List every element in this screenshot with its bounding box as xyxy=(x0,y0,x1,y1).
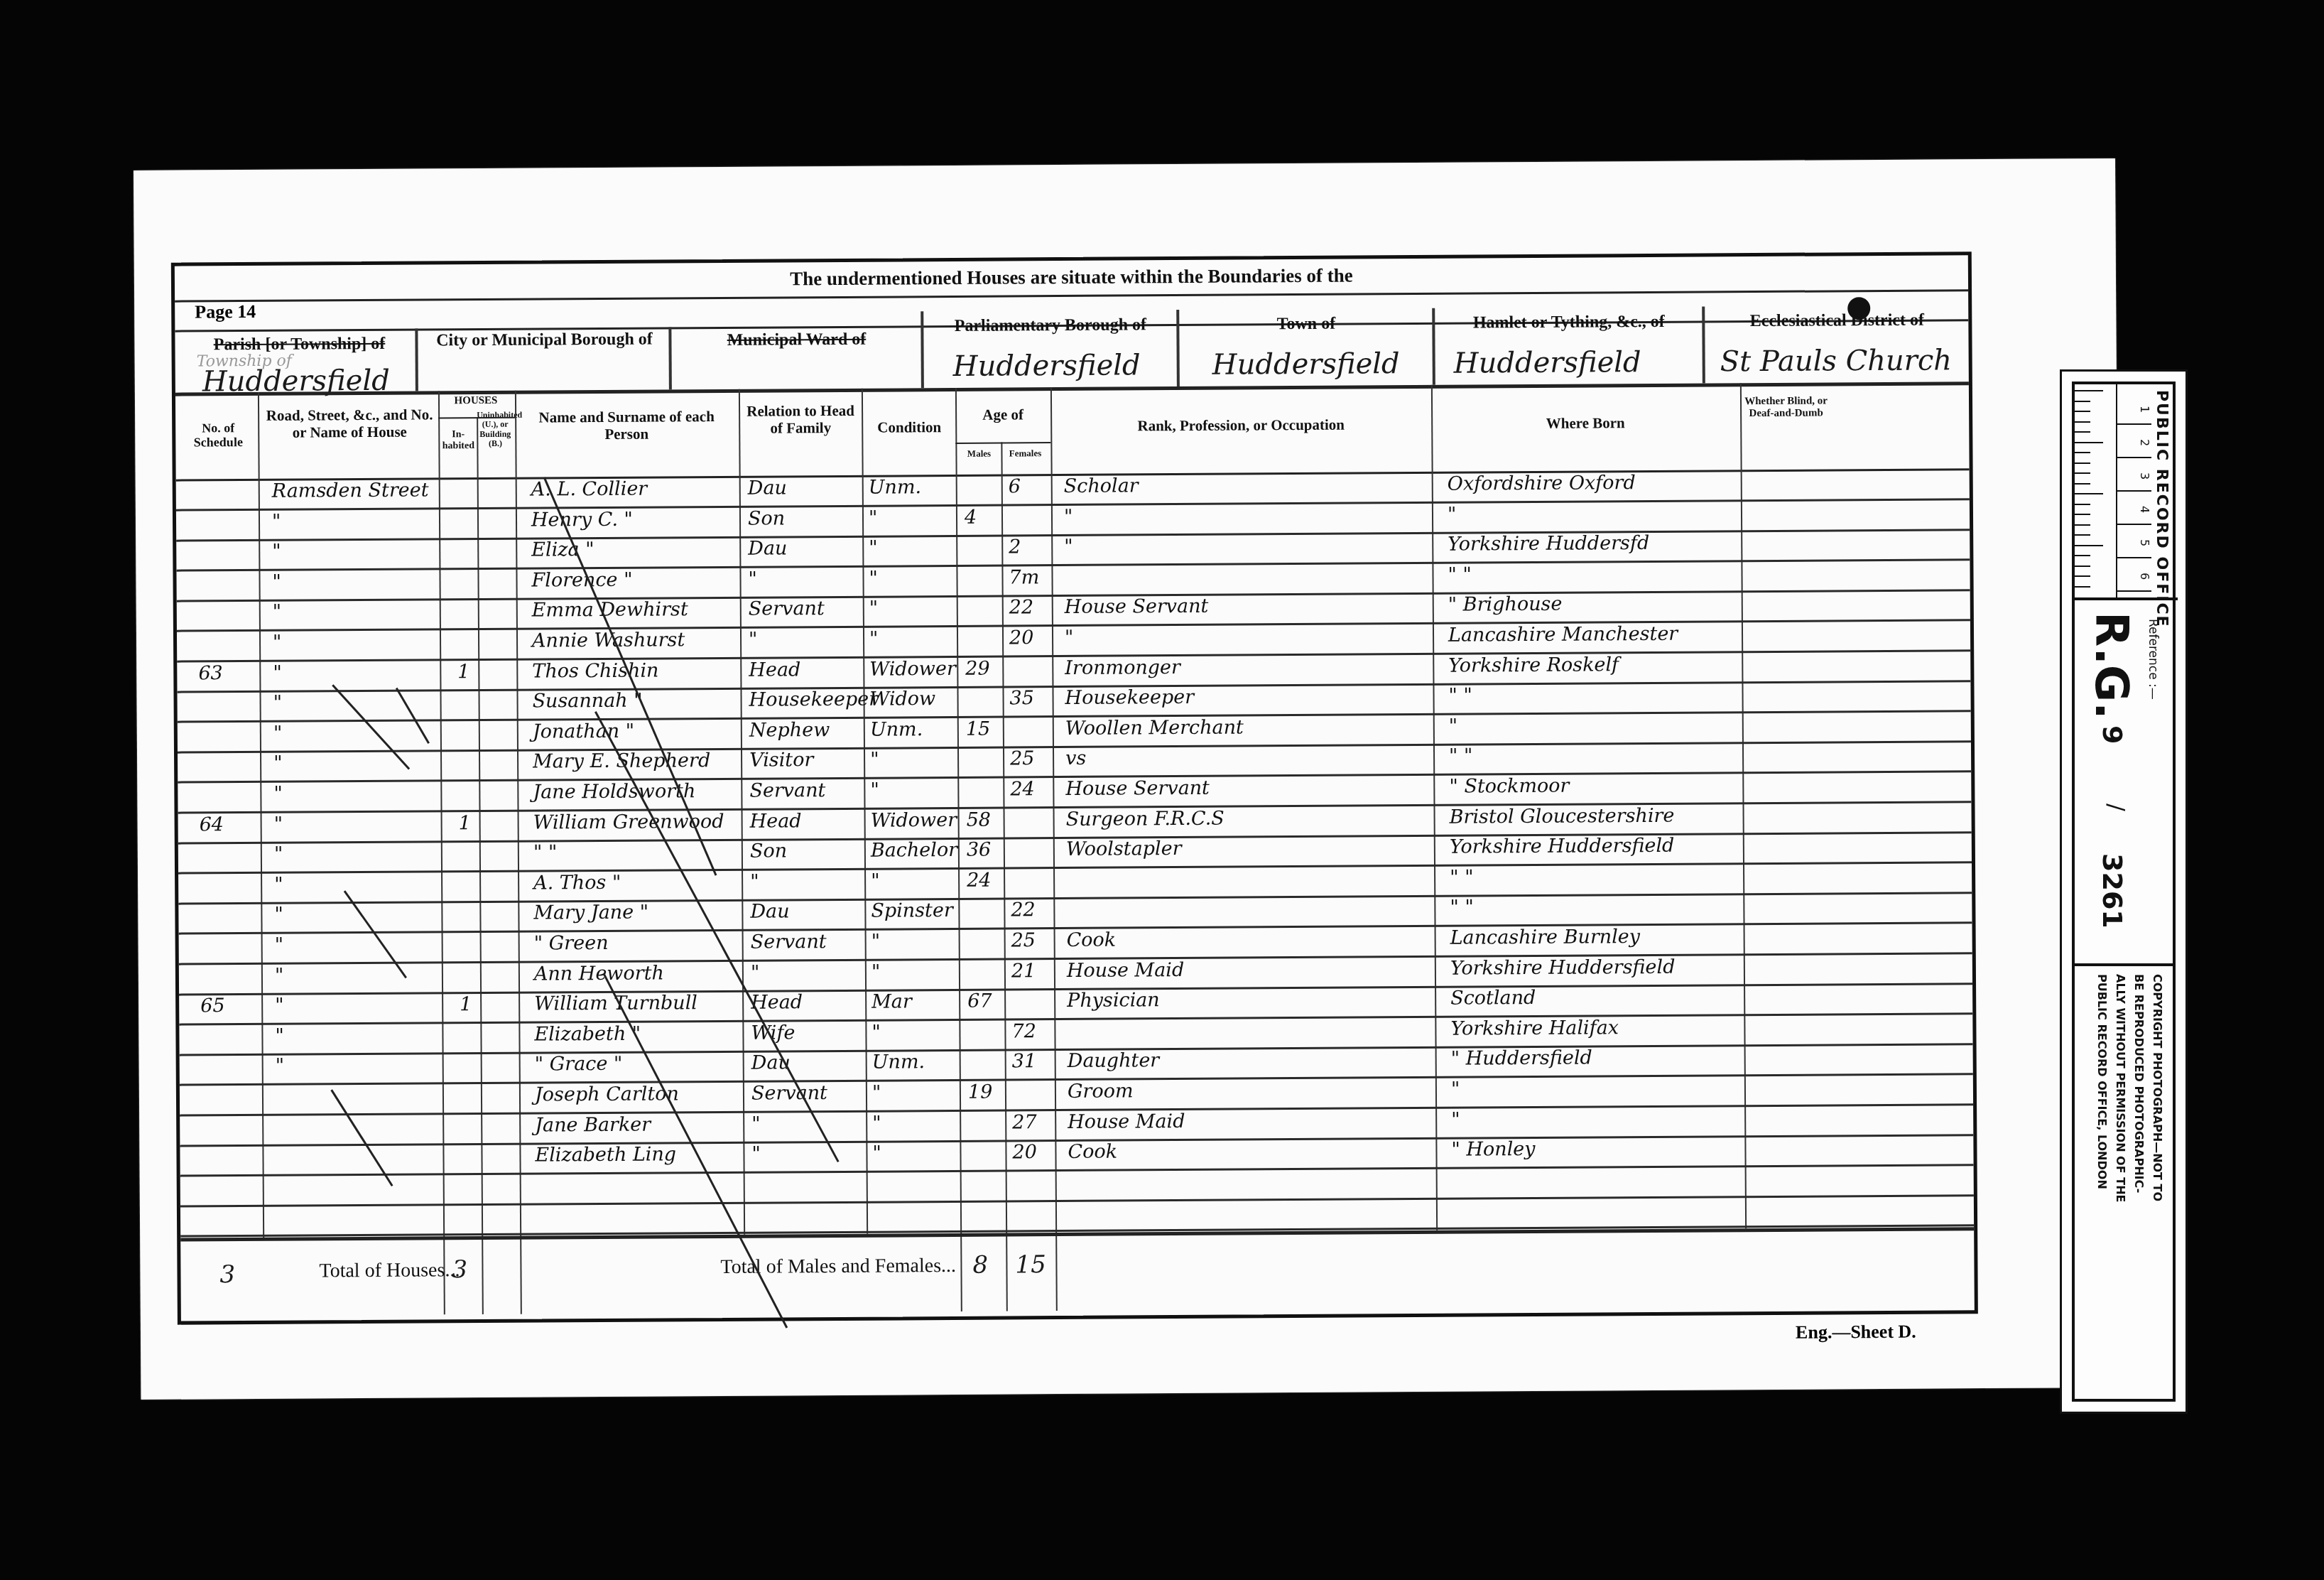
row-occupation: Cook xyxy=(1068,1141,1117,1163)
area-label-ward: Municipal Ward of xyxy=(672,330,921,350)
row-where-born: " Huddersfield xyxy=(1451,1047,1592,1070)
row-relation: Visitor xyxy=(749,750,813,772)
row-relation: " xyxy=(749,629,758,651)
row-name: Emma Dewhirst xyxy=(532,599,688,622)
total-houses-label: Total of Houses... xyxy=(319,1259,460,1282)
row-occupation: Woollen Merchant xyxy=(1065,716,1244,740)
row-name: Annie Washurst xyxy=(532,629,685,651)
scale-tick xyxy=(2075,442,2103,443)
divider xyxy=(1176,310,1180,386)
total-schedules: 3 xyxy=(219,1260,235,1289)
row-occupation: Daughter xyxy=(1068,1050,1160,1073)
row-name: " " xyxy=(533,842,558,864)
row-occupation: Groom xyxy=(1068,1080,1134,1103)
row-name: Elizabeth " xyxy=(534,1022,641,1045)
row-name: Ann Heworth xyxy=(534,962,664,985)
row-where-born: " xyxy=(1449,715,1458,737)
row-relation: " xyxy=(751,1143,761,1165)
scale-tick xyxy=(2075,493,2103,494)
row-road: " xyxy=(276,1055,285,1077)
row-female-age: 22 xyxy=(1009,597,1034,619)
row-name: " Green xyxy=(534,932,609,955)
scale-tick xyxy=(2075,504,2090,505)
row-male-age: 24 xyxy=(967,869,992,891)
row-condition: " xyxy=(870,779,879,801)
area-label-hamlet: Hamlet or Tything, &c., of xyxy=(1435,313,1702,333)
row-relation: Head xyxy=(749,659,800,681)
row-road: " xyxy=(272,571,281,593)
area-value-hamlet: Huddersfield xyxy=(1454,346,1641,380)
col-schedule: No. of Schedule xyxy=(178,421,258,450)
row-name: Joseph Carlton xyxy=(535,1083,679,1105)
row-female-age: 6 xyxy=(1009,475,1021,497)
row-occupation: Cook xyxy=(1067,929,1117,951)
divider xyxy=(2075,963,2173,966)
scale-tick xyxy=(2075,401,2090,402)
row-where-born: " Honley xyxy=(1451,1138,1535,1161)
row-name: Mary Jane " xyxy=(533,902,648,924)
row-condition: " xyxy=(869,507,878,529)
row-schedule: 64 xyxy=(200,813,224,835)
row-relation: " xyxy=(748,568,757,590)
scale-tick xyxy=(2075,575,2090,577)
form-title: The undermentioned Houses are situate wi… xyxy=(175,261,1968,293)
row-male-age: 15 xyxy=(966,718,991,740)
row-schedule: 63 xyxy=(198,662,223,684)
scale-number: 4 xyxy=(2138,506,2151,513)
area-label-city: City or Municipal Borough of xyxy=(420,330,668,350)
row-condition: " xyxy=(871,1021,881,1043)
row-relation: Housekeeper xyxy=(749,688,878,711)
row-condition: " xyxy=(872,1082,881,1104)
row-name: Jane Holdsworth xyxy=(533,780,695,803)
col-blind: Whether Blind, or Deaf-and-Dumb xyxy=(1742,395,1830,419)
col-name: Name and Surname of each Person xyxy=(516,408,737,443)
page-number: Page 14 xyxy=(195,301,256,323)
divider xyxy=(955,442,1050,444)
row-female-age: 72 xyxy=(1011,1020,1036,1042)
row-name: Jane Barker xyxy=(535,1113,651,1136)
scale-tick xyxy=(2075,452,2090,453)
col-females: Females xyxy=(1001,448,1049,459)
row-male-age: 19 xyxy=(968,1081,993,1103)
divider xyxy=(175,382,1969,396)
row-name: Florence " xyxy=(531,569,632,592)
reference-label: Reference :— xyxy=(2146,619,2160,700)
scale-divider xyxy=(2116,524,2151,525)
row-where-born: Yorkshire Huddersfield xyxy=(1450,835,1675,858)
scale-divider xyxy=(2116,457,2151,458)
row-relation: Nephew xyxy=(749,719,830,742)
row-condition: Unm. xyxy=(872,1051,925,1073)
scale-tick xyxy=(2075,483,2090,485)
col-relation: Relation to Head of Family xyxy=(740,403,861,437)
row-inhabited: 1 xyxy=(460,993,472,1015)
row-where-born: " " xyxy=(1448,685,1472,707)
copyright-line-3: ALLY WITHOUT PERMISSION OF THE xyxy=(2114,974,2127,1202)
row-relation: Son xyxy=(748,507,785,529)
total-females: 15 xyxy=(1015,1250,1046,1279)
row-relation: Head xyxy=(751,991,803,1013)
col-inhabited: In-habited xyxy=(440,429,477,452)
row-road: " xyxy=(273,692,282,714)
col-where-born: Where Born xyxy=(1433,414,1738,433)
scale-number: 1 xyxy=(2138,406,2151,413)
reference-class: 9 xyxy=(2097,725,2128,744)
row-condition: " xyxy=(872,1112,881,1134)
col-condition: Condition xyxy=(863,419,955,436)
row-road: " xyxy=(274,813,283,835)
row-road: " xyxy=(273,632,282,654)
row-inhabited: 1 xyxy=(459,812,471,834)
row-relation: Dau xyxy=(748,477,787,499)
row-female-age: 20 xyxy=(1009,627,1034,649)
row-name: Susannah " xyxy=(532,690,642,713)
col-males: Males xyxy=(957,449,1001,460)
row-relation: Dau xyxy=(748,538,787,560)
row-male-age: 36 xyxy=(967,839,992,861)
divider xyxy=(668,327,672,389)
row-female-age: 31 xyxy=(1012,1051,1037,1073)
row-occupation: House Servant xyxy=(1065,595,1209,618)
row-road: " xyxy=(273,783,283,805)
household-rows: Ramsden StreetA. L. CollierDauUnm.6Schol… xyxy=(176,468,1970,479)
row-road: " xyxy=(275,995,284,1017)
row-relation: " xyxy=(751,961,760,983)
row-condition: Widower xyxy=(871,809,957,832)
scale-tick xyxy=(2075,514,2090,515)
row-road: " xyxy=(274,843,283,865)
scale-tick xyxy=(2075,566,2090,567)
row-where-born: " xyxy=(1448,503,1457,525)
row-relation: Servant xyxy=(751,1082,827,1105)
row-road: " xyxy=(273,723,283,745)
col-road: Road, Street, &c., and No. or Name of Ho… xyxy=(261,406,438,441)
copyright-line-1: COPYRIGHT PHOTOGRAPH—NOT TO xyxy=(2151,974,2164,1201)
row-relation: " xyxy=(751,1113,761,1135)
row-occupation: Physician xyxy=(1067,989,1160,1012)
area-label-parliamentary: Parliamentary Borough of xyxy=(924,315,1176,336)
row-where-born: Lancashire Burnley xyxy=(1450,926,1641,949)
row-where-born: Bristol Gloucestershire xyxy=(1449,804,1674,828)
scale-tick xyxy=(2075,586,2090,588)
row-where-born: " xyxy=(1451,1078,1460,1100)
area-value-town: Huddersfield xyxy=(1212,347,1400,382)
row-where-born: " Stockmoor xyxy=(1449,775,1569,798)
scale-divider xyxy=(2116,423,2151,425)
punch-hole-mark xyxy=(1847,297,1870,320)
row-inhabited: 1 xyxy=(457,661,469,683)
row-where-born: Scotland xyxy=(1450,987,1536,1010)
scale-tick xyxy=(2075,411,2090,412)
row-condition: Widow xyxy=(869,688,935,710)
area-value-parliamentary: Huddersfield xyxy=(953,349,1141,383)
row-condition: Unm. xyxy=(870,718,923,740)
row-relation: Servant xyxy=(749,779,825,802)
scale-number: 2 xyxy=(2138,439,2151,446)
row-road: " xyxy=(274,874,283,896)
row-female-age: 2 xyxy=(1009,536,1021,558)
row-where-born: " " xyxy=(1450,866,1474,888)
row-condition: Mar xyxy=(871,991,912,1013)
scale-tick xyxy=(2075,431,2090,433)
row-occupation: " xyxy=(1064,536,1073,558)
scale-tick xyxy=(2075,534,2090,536)
reference-piece: 3261 xyxy=(2097,853,2128,929)
row-condition: " xyxy=(871,931,881,953)
row-condition: Bachelor xyxy=(871,839,957,862)
row-male-age: 67 xyxy=(967,990,992,1012)
area-label-town: Town of xyxy=(1180,314,1432,335)
row-road: " xyxy=(273,752,283,774)
copyright-line-2: BE REPRODUCED PHOTOGRAPHIC- xyxy=(2132,974,2146,1193)
scale-tick xyxy=(2075,524,2090,526)
scale-number: 5 xyxy=(2138,539,2151,546)
row-name: Elizabeth Ling xyxy=(535,1144,676,1167)
archive-reference-tab: PUBLIC RECORD OFFICE 123456 Reference :—… xyxy=(2060,369,2188,1414)
row-road: " xyxy=(275,964,284,986)
row-relation: Dau xyxy=(750,901,789,923)
row-where-born: " " xyxy=(1449,745,1473,767)
row-relation: Head xyxy=(750,810,802,832)
row-where-born: " " xyxy=(1450,897,1474,919)
row-female-age: 21 xyxy=(1011,960,1036,982)
row-condition: " xyxy=(872,1142,881,1164)
row-male-age: 29 xyxy=(965,657,990,679)
row-female-age: 27 xyxy=(1012,1111,1037,1133)
row-relation: Servant xyxy=(749,597,825,620)
divider xyxy=(1432,308,1435,385)
col-age: Age of xyxy=(957,406,1049,423)
scale-divider xyxy=(2116,490,2151,492)
sheet-label: Eng.—Sheet D. xyxy=(1796,1321,1916,1343)
row-where-born: Yorkshire Huddersfd xyxy=(1448,532,1649,556)
row-occupation: Housekeeper xyxy=(1065,686,1194,709)
row-where-born: Yorkshire Halifax xyxy=(1450,1017,1619,1039)
row-female-age: 7m xyxy=(1009,566,1039,588)
row-female-age: 24 xyxy=(1010,778,1035,800)
total-houses-value: 3 xyxy=(452,1255,467,1284)
census-form: The undermentioned Houses are situate wi… xyxy=(171,251,1978,1324)
row-where-born: " " xyxy=(1448,563,1472,585)
row-name: Eliza " xyxy=(531,539,594,561)
row-occupation: Scholar xyxy=(1064,475,1139,497)
row-relation: Son xyxy=(750,840,787,862)
area-value-ecclesiastical: St Pauls Church xyxy=(1720,344,1953,378)
row-condition: Unm. xyxy=(869,476,922,498)
row-schedule: 65 xyxy=(200,995,225,1017)
scale-tick xyxy=(2075,421,2090,423)
row-road: " xyxy=(275,1025,284,1047)
scale-tick xyxy=(2075,390,2103,391)
row-relation: " xyxy=(750,870,759,892)
row-road: " xyxy=(275,934,284,956)
row-name: " Grace " xyxy=(535,1053,623,1076)
row-female-age: 25 xyxy=(1011,929,1036,951)
area-label-parish: Parish [or Township] of xyxy=(182,335,416,355)
row-relation: Servant xyxy=(751,931,827,953)
row-road: " xyxy=(273,601,282,623)
row-road: " xyxy=(273,661,282,683)
row-condition: " xyxy=(871,870,880,892)
scale-tick xyxy=(2075,462,2090,464)
row-condition: Spinster xyxy=(871,899,953,922)
scale-tick xyxy=(2075,545,2103,546)
row-occupation: Surgeon F.R.C.S xyxy=(1066,807,1225,830)
row-condition: Widower xyxy=(869,658,956,681)
row-condition: " xyxy=(869,628,879,650)
measurement-scale: 123456 xyxy=(2075,384,2178,600)
col-occupation: Rank, Profession, or Occupation xyxy=(1053,416,1429,435)
row-road: Ramsden Street xyxy=(272,479,429,502)
reference-series: R.G. xyxy=(2085,612,2137,720)
row-condition: " xyxy=(870,749,879,771)
row-where-born: " xyxy=(1451,1108,1460,1130)
archive-tab-frame: PUBLIC RECORD OFFICE 123456 Reference :—… xyxy=(2072,382,2176,1402)
row-condition: " xyxy=(871,961,881,983)
row-male-age: 58 xyxy=(967,808,992,830)
reference-slash: / xyxy=(2103,803,2130,811)
row-female-age: 22 xyxy=(1011,899,1036,921)
scale-tick xyxy=(2075,472,2090,474)
row-where-born: " Brighouse xyxy=(1448,593,1563,616)
row-occupation: House Servant xyxy=(1065,777,1210,800)
row-condition: " xyxy=(869,537,878,559)
row-where-born: Lancashire Manchester xyxy=(1448,623,1678,646)
area-label-ecclesiastical: Ecclesiastical District of xyxy=(1705,310,1968,331)
scale-divider xyxy=(2116,384,2117,597)
row-where-born: Yorkshire Roskelf xyxy=(1448,654,1619,676)
row-road: " xyxy=(272,510,281,532)
row-occupation: " xyxy=(1065,627,1074,649)
row-where-born: Yorkshire Huddersfield xyxy=(1450,956,1676,979)
divider xyxy=(1702,306,1705,383)
row-condition: " xyxy=(869,597,879,619)
census-page: The undermentioned Houses are situate wi… xyxy=(134,158,2123,1400)
row-occupation: House Maid xyxy=(1068,1110,1185,1133)
row-where-born: Oxfordshire Oxford xyxy=(1448,472,1636,495)
row-occupation: House Maid xyxy=(1067,959,1184,982)
divider xyxy=(921,311,924,388)
total-males: 8 xyxy=(972,1251,988,1279)
row-occupation: Ironmonger xyxy=(1065,656,1180,679)
row-road: " xyxy=(274,904,283,926)
row-condition: " xyxy=(869,567,878,589)
row-female-age: 35 xyxy=(1009,687,1034,709)
row-occupation: Woolstapler xyxy=(1066,838,1182,860)
scale-divider xyxy=(2116,557,2151,558)
scale-number: 6 xyxy=(2138,573,2151,580)
row-road: " xyxy=(272,541,281,563)
scale-tick xyxy=(2075,555,2090,556)
scale-number: 3 xyxy=(2138,472,2151,480)
row-female-age: 25 xyxy=(1010,748,1035,770)
row-female-age: 20 xyxy=(1012,1141,1037,1163)
row-name: Thos Chishin xyxy=(532,659,658,682)
row-name: A. Thos " xyxy=(533,872,621,894)
row-name: Henry C. " xyxy=(531,508,633,531)
row-occupation: vs xyxy=(1065,747,1086,769)
row-male-age: 4 xyxy=(965,506,977,528)
scale-divider xyxy=(2116,590,2151,592)
copyright-line-4: PUBLIC RECORD OFFICE, LONDON xyxy=(2095,974,2109,1189)
row-occupation: " xyxy=(1064,506,1073,528)
row-name: Jonathan " xyxy=(533,720,634,743)
col-houses: HOUSES xyxy=(440,395,512,407)
